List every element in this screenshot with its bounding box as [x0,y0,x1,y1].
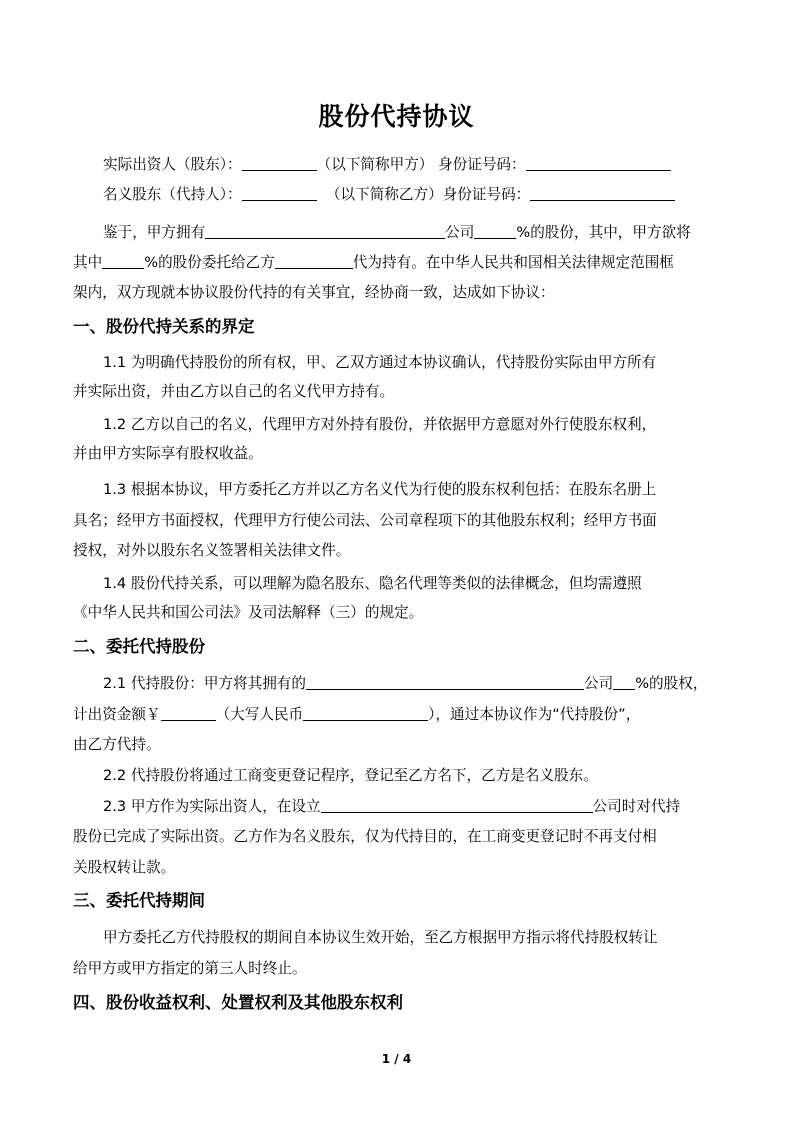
company-blank[interactable] [306,674,584,690]
party-b-id-blank[interactable] [530,185,675,201]
section-1-line: 1.2 乙方以自己的名义，代理甲方对外持有股份，并依据甲方意愿对外行使股东权利， [73,415,758,435]
party-b-label: 名义股东（代持人）： [103,186,242,203]
section-1-line: 授权，对外以股东名义签署相关法律文件。 [73,541,728,561]
text: ），通过本协议作为“代持股份”， [428,706,640,723]
amount-blank[interactable] [161,705,216,721]
preamble-line-1: 鉴于，甲方拥有公司%的股份，其中，甲方欲将 [73,223,758,243]
text: %的股权， [635,675,707,692]
percent-blank[interactable] [102,253,144,269]
section-2-line-1: 2.1 代持股份：甲方将其拥有的公司%的股权， [73,674,758,694]
section-3-line: 甲方委托乙方代持股权的期间自本协议生效开始，至乙方根据甲方指示将代持股权转让 [73,928,758,948]
percent-blank[interactable] [474,223,516,239]
party-b-line: 名义股东（代持人）： （以下简称乙方）身份证号码： [103,185,758,205]
text: 公司 [584,675,613,692]
party-a-line: 实际出资人（股东）：（以下简称甲方） 身份证号码： [103,155,758,175]
page-number: 1 / 4 [0,1052,793,1066]
section-1-line: 1.4 股份代持关系，可以理解为隐名股东、隐名代理等类似的法律概念，但均需遵照 [73,574,758,594]
section-1-line: 1.1 为明确代持股份的所有权，甲、乙双方通过本协议确认，代持股份实际由甲方所有 [73,353,758,373]
section-2-line-5: 2.3 甲方作为实际出资人，在设立公司时对代持 [73,797,758,817]
text: 公司 [445,224,474,241]
section-2-heading: 二、委托代持股份 [73,636,205,658]
section-1-line: 并由甲方实际享有股权收益。 [73,444,728,464]
preamble-line-3: 架内，双方现就本协议股份代持的有关事宜，经协商一致，达成如下协议： [73,283,728,303]
document-title: 股份代持协议 [0,97,793,133]
section-1-line: 具名；经甲方书面授权，代理甲方行使公司法、公司章程项下的其他股东权利；经甲方书面 [73,511,728,531]
company-blank[interactable] [205,223,445,239]
text: 鉴于，甲方拥有 [103,224,205,241]
section-3-line: 给甲方或甲方指定的第三人时终止。 [73,959,728,979]
party-a-id-label: 身份证号码： [438,156,526,173]
party-b-blank[interactable] [275,253,353,269]
section-4-heading: 四、股份收益权利、处置权利及其他股东权利 [73,992,403,1014]
section-1-line: 并实际出资，并由乙方以自己的名义代甲方持有。 [73,382,728,402]
section-2-line-6: 股份已完成了实际出资。乙方作为名义股东，仅为代持目的，在工商变更登记时不再支付相 [73,827,728,847]
party-b-id-label: 身份证号码： [443,186,531,203]
party-a-id-blank[interactable] [526,155,671,171]
percent-blank[interactable] [613,674,635,690]
party-a-label: 实际出资人（股东）： [103,156,242,173]
text: %的股份，其中，甲方欲将 [516,224,690,241]
text: 其中 [73,254,102,271]
section-3-heading: 三、委托代持期间 [73,890,205,912]
text: 计出资金额￥ [73,706,161,723]
document-page: 股份代持协议 实际出资人（股东）：（以下简称甲方） 身份证号码： 名义股东（代持… [0,0,793,1122]
preamble-line-2: 其中%的股份委托给乙方代为持有。在中华人民共和国相关法律规定范围框 [73,253,728,273]
text: %的股份委托给乙方 [144,254,275,271]
section-1-heading: 一、股份代持关系的界定 [73,316,255,338]
text: （大写人民币 [216,706,304,723]
party-a-alias: （以下简称甲方） [317,156,434,173]
amount-words-blank[interactable] [303,705,428,721]
section-2-line-2: 计出资金额￥（大写人民币），通过本协议作为“代持股份”， [73,705,728,725]
party-b-alias: （以下简称乙方） [326,186,443,203]
section-2-line-4: 2.2 代持股份将通过工商变更登记程序，登记至乙方名下，乙方是名义股东。 [73,766,758,786]
text: 2.3 甲方作为实际出资人，在设立 [103,798,321,815]
text: 2.1 代持股份：甲方将其拥有的 [103,675,306,692]
text: 代为持有。在中华人民共和国相关法律规定范围框 [353,254,674,271]
section-2-line-3: 由乙方代持。 [73,735,728,755]
party-a-name-blank[interactable] [242,155,317,171]
section-2-line-7: 关股权转让款。 [73,858,728,878]
party-b-name-blank[interactable] [242,185,317,201]
section-1-line: 1.3 根据本协议，甲方委托乙方并以乙方名义代为行使的股东权利包括：在股东名册上 [73,480,758,500]
section-1-line: 《中华人民共和国公司法》及司法解释（三）的规定。 [73,603,728,623]
company-blank[interactable] [321,797,593,813]
text: 公司时对代持 [593,798,681,815]
